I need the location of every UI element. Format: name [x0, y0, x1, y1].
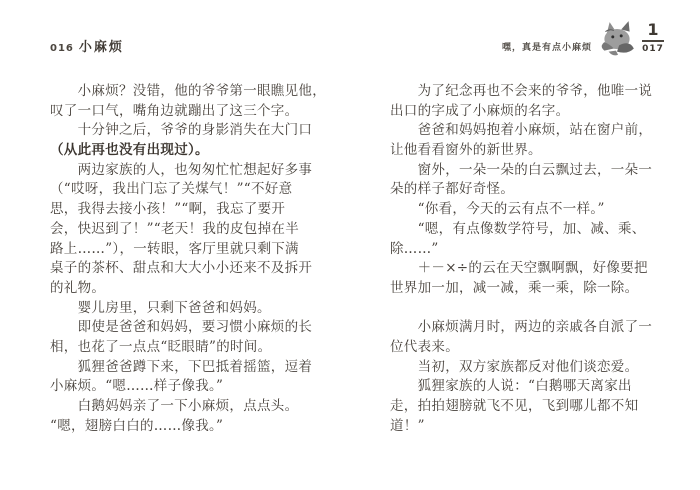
text-line: 即使是爸爸和妈妈，要习惯小麻烦的长 [50, 318, 336, 338]
text-line: 路上……”），一转眼，客厅里就只剩下满 [50, 240, 336, 260]
text-line: 小麻烦？没错，他的爷爷第一眼瞧见他， [50, 82, 336, 102]
text-line: 相，也花了一点点“眨眼睛”的时间。 [50, 338, 336, 358]
text-line: 为了纪念再也不会来的爷爷，他唯一说 [390, 82, 676, 102]
text-line: （从此再也没有出现过）。 [50, 141, 336, 161]
text-line: “你看，今天的云有点不一样。” [390, 200, 676, 220]
text-line: 道！” [390, 417, 676, 437]
text-line: 走，拍拍翅膀就飞不见，飞到哪儿都不知 [390, 397, 676, 417]
chapter-page-indicator: 1 017 [642, 22, 664, 54]
text-line: 朵的样子都好奇怪。 [390, 180, 676, 200]
text-line: “嗯，有点像数学符号，加、减、乘、 [390, 220, 676, 240]
text-line: 世界加一加，减一减，乘一乘，除一除。 [390, 279, 676, 299]
text-line: 狐狸家族的人说：“白鹅哪天离家出 [390, 377, 676, 397]
text-line: 白鹅妈妈亲了一下小麻烦，点点头。 [50, 397, 336, 417]
text-line: 当初，双方家族都反对他们谈恋爱。 [390, 358, 676, 378]
text-line: 爸爸和妈妈抱着小麻烦，站在窗户前， [390, 121, 676, 141]
text-line: （“哎呀，我出门忘了关煤气！”“不好意 [50, 180, 336, 200]
chapter-number: 1 [647, 22, 658, 38]
right-page-header: 嘿，真是有点小麻烦 1 017 [502, 14, 664, 60]
fraction-rule [642, 40, 664, 42]
text-line: 除……” [390, 240, 676, 260]
left-page-number: 016 [50, 43, 74, 54]
text-line: 位代表来。 [390, 338, 676, 358]
text-line: 叹了一口气，嘴角边就蹦出了这三个字。 [50, 102, 336, 122]
right-page-number: 017 [642, 44, 664, 54]
left-page-header: 016 小麻烦 [50, 36, 124, 52]
text-line: 十分钟之后，爷爷的身影消失在大门口 [50, 121, 336, 141]
left-text-column: 小麻烦？没错，他的爷爷第一眼瞧见他，叹了一口气，嘴角边就蹦出了这三个字。 十分钟… [50, 82, 336, 436]
text-line: 两边家族的人，也匆匆忙忙想起好多事 [50, 161, 336, 181]
text-line: ＋－×÷的云在天空飘啊飘，好像要把 [390, 259, 676, 279]
book-title: 小麻烦 [79, 36, 124, 55]
chapter-title: 嘿，真是有点小麻烦 [502, 40, 592, 53]
text-line: 婴儿房里，只剩下爸爸和妈妈。 [50, 299, 336, 319]
text-line: 窗外，一朵一朵的白云飘过去，一朵一 [390, 161, 676, 181]
text-line: 桌子的茶杯、甜点和大大小小还来不及拆开 [50, 259, 336, 279]
text-line: 狐狸爸爸蹲下来，下巴抵着摇篮，逗着 [50, 358, 336, 378]
fox-gosling-sketch-icon [599, 19, 635, 59]
text-line: 让他看看窗外的新世界。 [390, 141, 676, 161]
text-line: 会，快迟到了！”“老天！我的皮包掉在半 [50, 220, 336, 240]
text-line: 思，我得去接小孩！”“啊，我忘了要开 [50, 200, 336, 220]
text-line: 出口的字成了小麻烦的名字。 [390, 102, 676, 122]
text-line: 小麻烦满月时，两边的亲戚各自派了一 [390, 318, 676, 338]
text-line: “嗯，翅膀白白的……像我。” [50, 417, 336, 437]
text-line: 的礼物。 [50, 279, 336, 299]
right-text-column: 为了纪念再也不会来的爷爷，他唯一说出口的字成了小麻烦的名字。 爸爸和妈妈抱着小麻… [390, 82, 676, 436]
paragraph-break [390, 299, 676, 319]
text-line: 小麻烦。“嗯……样子像我。” [50, 377, 336, 397]
